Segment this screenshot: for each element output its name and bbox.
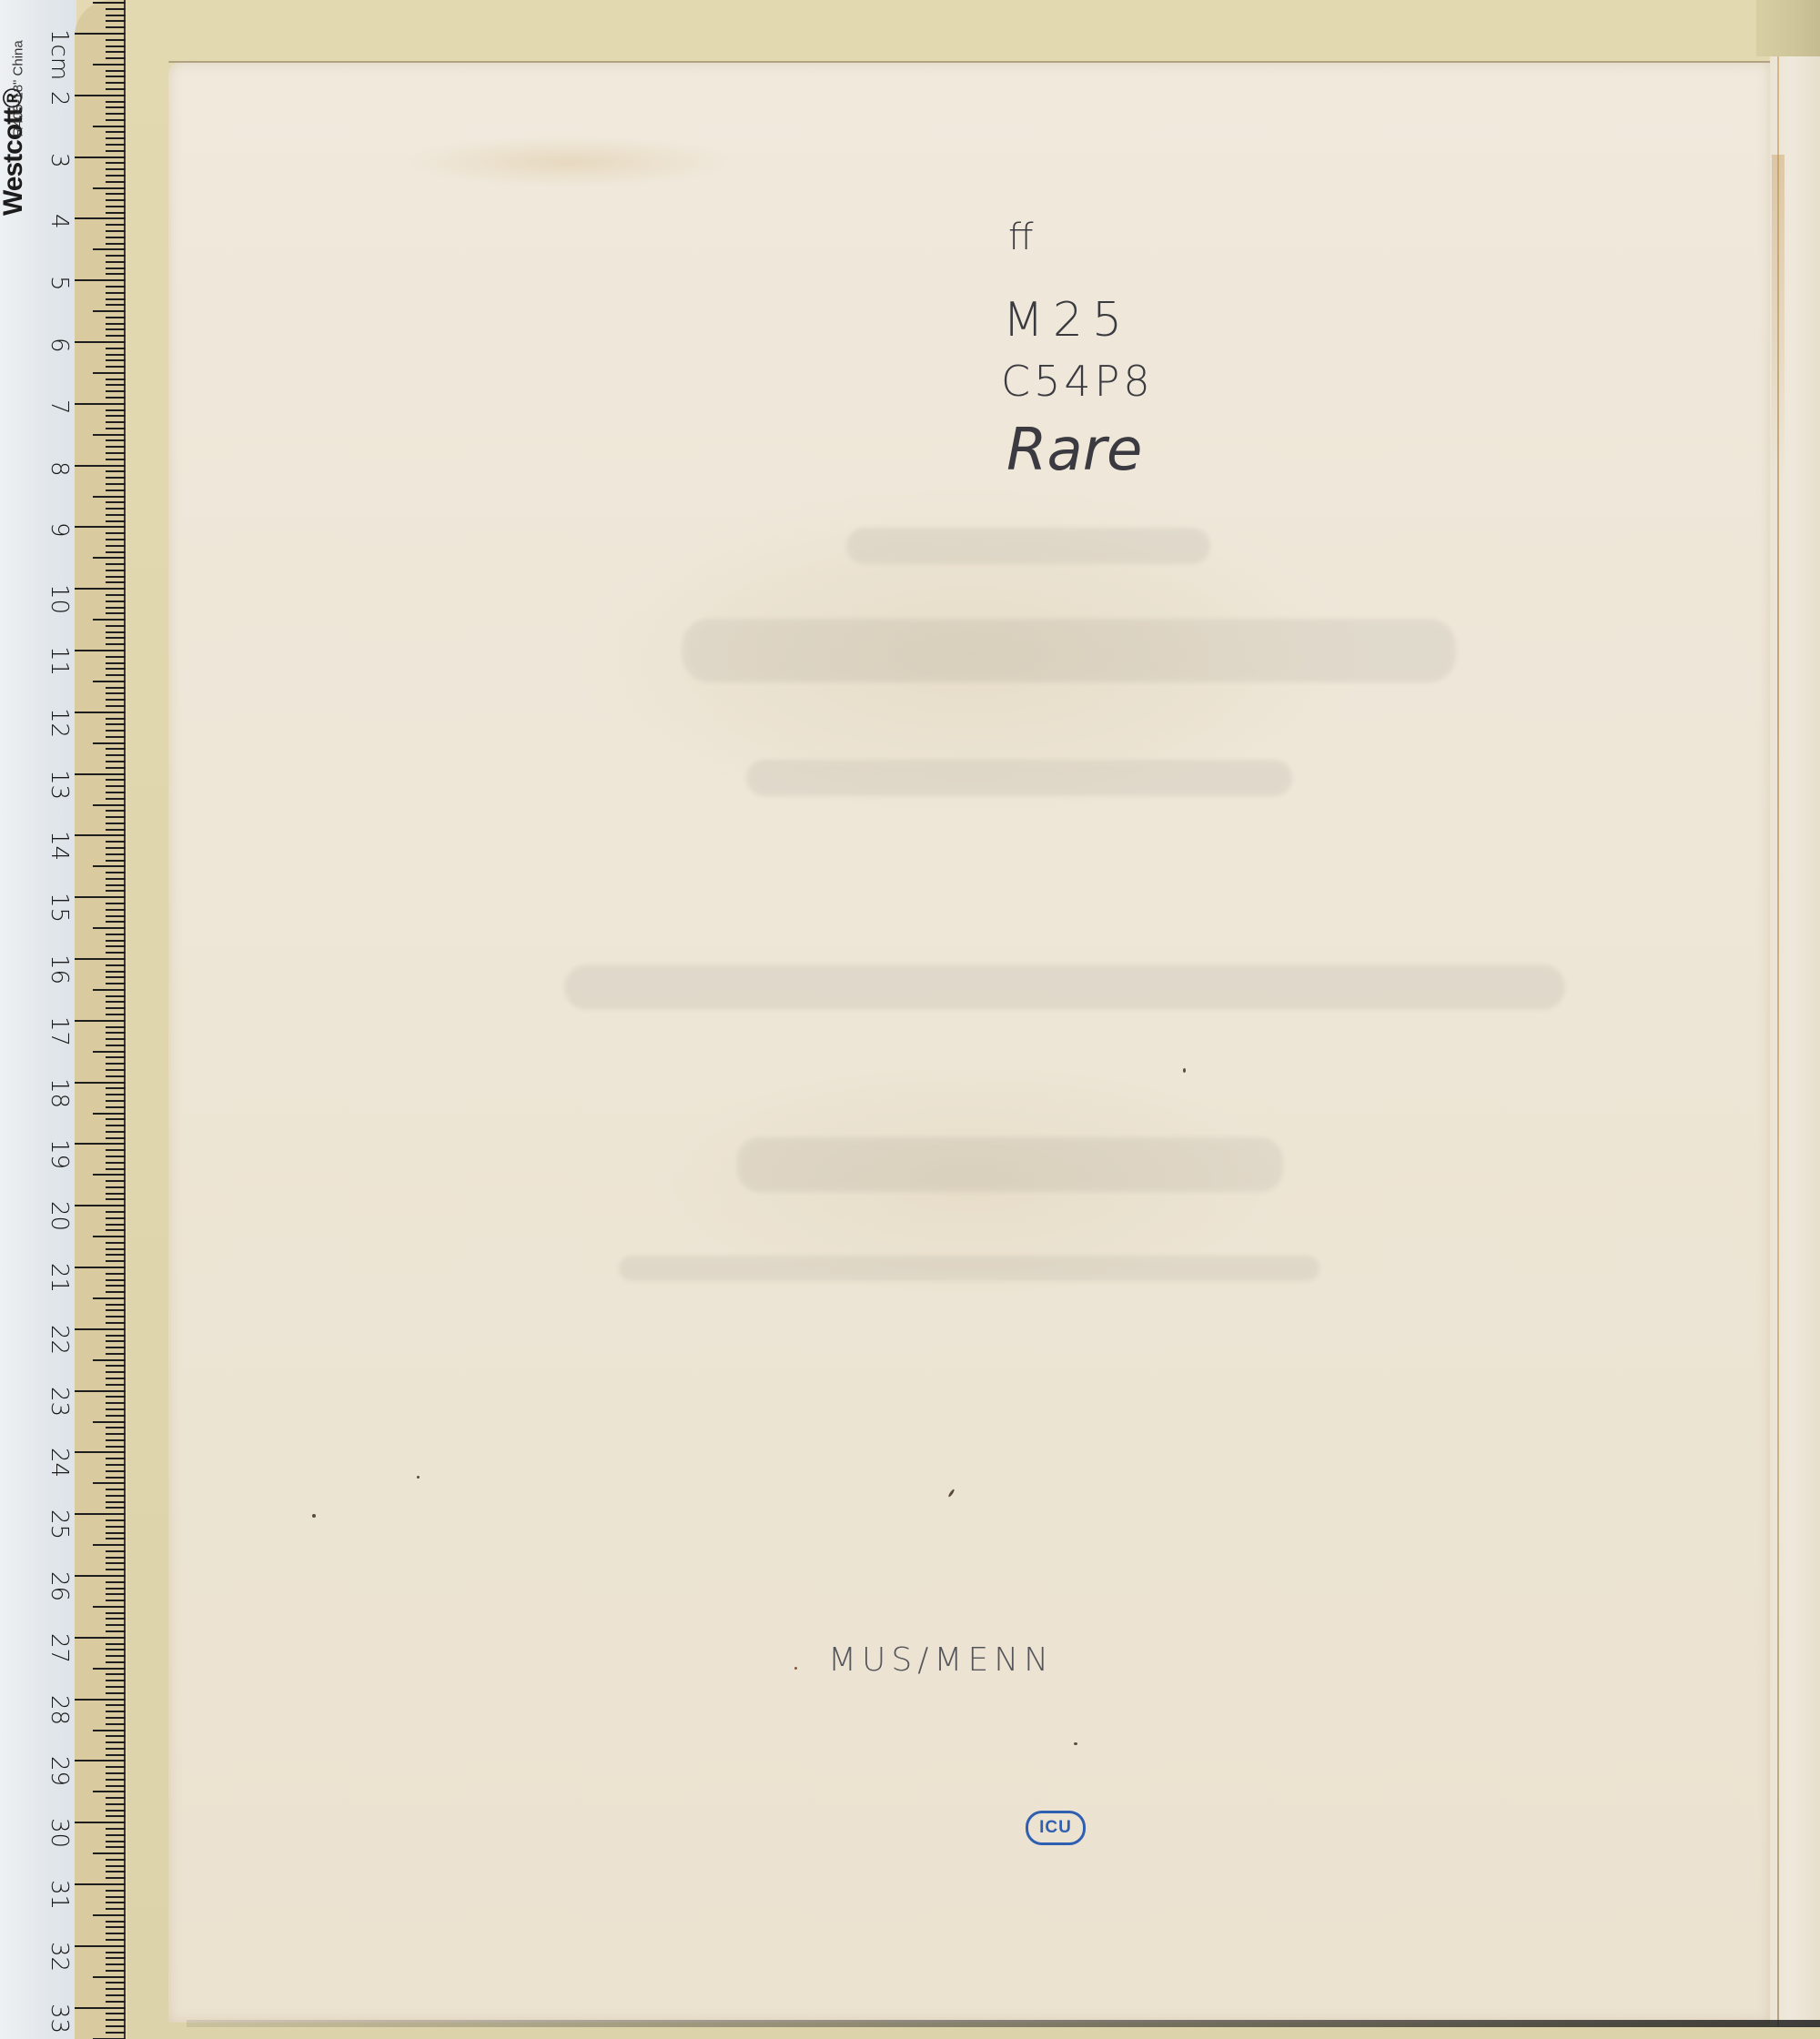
ruler-tick xyxy=(106,1926,126,1928)
ruler-tick xyxy=(106,705,126,707)
ruler-tick xyxy=(106,995,126,997)
ruler-cm-label: 3 xyxy=(45,153,73,168)
ruler-tick xyxy=(75,156,126,158)
ruler-tick xyxy=(106,748,126,750)
sheet-top-edge xyxy=(168,61,1770,63)
ruler-tick xyxy=(106,983,126,984)
ruler-tick xyxy=(75,1267,126,1268)
ruler-tick xyxy=(106,150,126,152)
ruler-cm-label: 6 xyxy=(45,338,73,353)
ruler-tick xyxy=(106,637,126,639)
ruler-tick xyxy=(106,909,126,911)
ruler-tick xyxy=(106,1224,126,1226)
ruler-tick xyxy=(106,76,126,77)
ruler-tick xyxy=(75,588,126,590)
ruler-tick xyxy=(93,804,126,806)
ruler-tick xyxy=(106,1063,126,1065)
ruler-tick xyxy=(106,1877,126,1879)
pencil-note-classmark: M25 xyxy=(1003,293,1131,348)
ruler-tick xyxy=(106,607,126,609)
ruler-tick xyxy=(106,1439,126,1441)
ruler-tick xyxy=(106,841,126,843)
ruler-tick xyxy=(75,279,126,281)
ruler-tick xyxy=(106,1779,126,1781)
ruler-cm-label: 13 xyxy=(45,770,73,800)
ruler-tick xyxy=(106,1378,126,1379)
ruler-tick xyxy=(106,1600,126,1601)
ruler-tick xyxy=(106,1785,126,1787)
ruler-tick xyxy=(106,1384,126,1386)
ruler-tick xyxy=(106,1304,126,1306)
ruler-tick xyxy=(106,206,126,207)
ruler-tick xyxy=(106,199,126,201)
ruler-tick xyxy=(106,119,126,121)
sheet-bottom-shadow xyxy=(187,2020,1820,2027)
ruler-tick xyxy=(106,390,126,392)
ruler-tick xyxy=(106,1273,126,1275)
ruler-tick xyxy=(106,539,126,540)
ruler-cm-label: 22 xyxy=(45,1325,73,1355)
ruler-tick xyxy=(106,921,126,923)
ruler-tick xyxy=(106,1137,126,1139)
ruler-tick xyxy=(106,8,126,10)
ruler-tick xyxy=(106,718,126,720)
ruler-tick xyxy=(93,927,126,929)
ruler-cm-label: 33 xyxy=(45,2004,73,2034)
ruler-tick xyxy=(106,1865,126,1867)
ruler-tick xyxy=(106,508,126,510)
ruler-tick xyxy=(93,1113,126,1115)
ruler-tick xyxy=(106,1797,126,1799)
ruler-tick xyxy=(106,563,126,565)
ruler-tick xyxy=(106,1477,126,1479)
ruler-tick xyxy=(106,446,126,448)
ruler-tick xyxy=(106,490,126,491)
ink-speck xyxy=(312,1514,316,1518)
ruler-tick xyxy=(106,1045,126,1046)
ruler-tick xyxy=(106,1630,126,1632)
ruler-tick xyxy=(106,2019,126,2021)
ruler-tick xyxy=(106,1748,126,1750)
ruler-tick xyxy=(106,576,126,578)
ruler-tick xyxy=(106,1106,126,1108)
ruler-tick xyxy=(93,1544,126,1546)
ruler-tick xyxy=(93,1791,126,1792)
ruler-tick xyxy=(93,1236,126,1237)
ruler-tick xyxy=(106,1828,126,1830)
ruler-tick xyxy=(75,33,126,35)
ruler-tick xyxy=(106,366,126,368)
ruler-tick xyxy=(106,1810,126,1812)
ruler-tick xyxy=(106,237,126,238)
pencil-note-cutter: C54P8 xyxy=(1001,357,1154,406)
paper-sheet xyxy=(168,62,1770,2023)
ruler-tick xyxy=(106,1643,126,1645)
ink-speck xyxy=(417,1476,420,1479)
ruler-tick xyxy=(106,1180,126,1182)
ruler-tick xyxy=(75,1328,126,1330)
ruler-tick xyxy=(106,26,126,28)
ruler-tick xyxy=(106,1260,126,1262)
ruler-tick xyxy=(106,952,126,954)
ruler-tick xyxy=(106,1538,126,1539)
ruler-tick xyxy=(106,1193,126,1195)
ruler-tick xyxy=(93,372,126,374)
ruler-tick xyxy=(106,101,126,103)
ruler-tick xyxy=(106,964,126,966)
ruler-tick xyxy=(106,501,126,503)
ruler-tick xyxy=(93,989,126,991)
ruler-tick xyxy=(93,1359,126,1361)
ruler-cm-label: 16 xyxy=(45,954,73,984)
ink-speck xyxy=(1183,1068,1186,1073)
ruler-tick xyxy=(106,1532,126,1534)
ruler-tick xyxy=(106,1168,126,1170)
ruler-tick xyxy=(106,1470,126,1472)
ruler-tick xyxy=(106,1766,126,1768)
ruler-tick xyxy=(106,1248,126,1250)
ruler-tick xyxy=(75,1143,126,1145)
ruler-tick xyxy=(93,126,126,127)
ruler-tick xyxy=(106,1501,126,1503)
ruler-tick xyxy=(93,1297,126,1299)
ruler-tick xyxy=(106,1131,126,1133)
ruler-tick xyxy=(93,310,126,312)
show-through-line xyxy=(746,760,1292,796)
ruler-tick xyxy=(106,1569,126,1570)
ruler-tick xyxy=(106,1735,126,1737)
ruler-tick xyxy=(93,248,126,250)
ruler-tick xyxy=(106,625,126,627)
ruler-tick xyxy=(106,2001,126,2003)
ruler-tick xyxy=(106,1094,126,1095)
ruler-cm-label: 25 xyxy=(45,1509,73,1539)
ruler-tick xyxy=(106,601,126,602)
ruler-tick xyxy=(106,1254,126,1256)
show-through-line xyxy=(846,528,1210,564)
ruler-tick xyxy=(106,397,126,399)
ruler-tick xyxy=(106,477,126,479)
ruler-cm-label: 23 xyxy=(45,1387,73,1417)
ruler-cm-label: 14 xyxy=(45,831,73,861)
ruler-tick xyxy=(106,106,126,108)
ruler-tick xyxy=(106,1593,126,1595)
ruler-tick xyxy=(106,113,126,115)
ruler-tick xyxy=(106,1038,126,1040)
ruler-tick xyxy=(106,1871,126,1872)
ruler-tick xyxy=(93,1051,126,1053)
ruler-cm-label: 27 xyxy=(45,1633,73,1663)
ruler-tick xyxy=(106,1069,126,1071)
ruler-tick xyxy=(106,1526,126,1528)
ruler-tick xyxy=(106,767,126,769)
ruler-tick xyxy=(106,872,126,873)
ruler-tick xyxy=(106,792,126,793)
ruler-tick xyxy=(106,470,126,472)
ruler-tick xyxy=(106,1988,126,1990)
ruler-tick xyxy=(106,421,126,423)
ruler-tick xyxy=(106,692,126,694)
ruler-tick xyxy=(106,175,126,177)
ruler-tick xyxy=(106,82,126,84)
ruler-tick xyxy=(106,754,126,756)
ruler-tick xyxy=(93,619,126,621)
ruler-model: R405-18" China xyxy=(11,0,26,137)
ruler-tick xyxy=(106,193,126,195)
ruler-tick xyxy=(106,915,126,917)
ruler-tick xyxy=(106,1957,126,1959)
ruler-tick xyxy=(106,1149,126,1151)
show-through-line xyxy=(737,1137,1283,1192)
ruler-tick xyxy=(106,903,126,904)
ruler-tick xyxy=(93,1976,126,1978)
ruler-tick xyxy=(106,736,126,738)
ruler-tick xyxy=(106,674,126,676)
ruler-tick xyxy=(106,810,126,812)
ruler-tick xyxy=(93,496,126,498)
ruler-tick xyxy=(106,15,126,16)
ruler-tick xyxy=(93,64,126,66)
ruler-tick xyxy=(106,514,126,516)
ruler-cm-label: 19 xyxy=(45,1139,73,1169)
ruler-tick xyxy=(106,1353,126,1355)
ruler-tick xyxy=(106,1316,126,1317)
ruler-tick xyxy=(75,834,126,836)
ruler-tick xyxy=(106,1902,126,1903)
ruler-tick xyxy=(106,1952,126,1953)
ruler-tick xyxy=(106,662,126,664)
ruler-tick xyxy=(75,1451,126,1453)
ruler-tick xyxy=(106,267,126,269)
ruler-tick xyxy=(106,1717,126,1719)
ruler-tick xyxy=(106,1340,126,1342)
ruler-tick xyxy=(106,699,126,701)
ruler-tick xyxy=(106,551,126,553)
ruler-tick xyxy=(106,779,126,781)
ruler-tick xyxy=(106,971,126,973)
ruler-tick xyxy=(106,1933,126,1934)
ruler-tick xyxy=(106,581,126,583)
ruler-tick xyxy=(93,1914,126,1916)
ruler-cm-label: 20 xyxy=(45,1201,73,1231)
ruler-tick xyxy=(106,1489,126,1490)
ruler-tick xyxy=(106,286,126,288)
ruler-tick xyxy=(75,958,126,960)
ruler-tick xyxy=(106,1427,126,1428)
ruler-tick xyxy=(106,354,126,356)
ruler-tick xyxy=(75,1020,126,1022)
ruler-tick xyxy=(106,212,126,214)
ruler-tick xyxy=(106,612,126,614)
ruler-tick xyxy=(106,1495,126,1497)
ruler-tick xyxy=(106,70,126,72)
ruler-cm-label: 5 xyxy=(45,276,73,291)
ruler-tick xyxy=(106,847,126,849)
pencil-note-ff: ff xyxy=(1008,217,1034,258)
ruler-cm-label: 11 xyxy=(45,646,73,676)
ruler-tick xyxy=(106,379,126,380)
ruler-tick xyxy=(106,1815,126,1817)
ruler-tick xyxy=(106,1309,126,1311)
ruler-tick xyxy=(93,1174,126,1176)
ruler-cm-label: 31 xyxy=(45,1880,73,1910)
ruler-tick xyxy=(106,1655,126,1657)
ruler-tick xyxy=(106,730,126,732)
pencil-shelfmark: MUS/MENN xyxy=(828,1641,1054,1679)
ruler-tick xyxy=(75,465,126,467)
ruler-tick xyxy=(93,187,126,189)
ruler-tick xyxy=(106,1458,126,1459)
ruler-tick xyxy=(106,273,126,275)
ruler-tick xyxy=(106,483,126,485)
ruler-tick xyxy=(75,1390,126,1392)
pencil-note-rare: Rare xyxy=(1006,417,1142,484)
ruler-tick xyxy=(106,1581,126,1583)
ruler-tick xyxy=(106,1007,126,1009)
ruler-tick xyxy=(106,162,126,164)
library-stamp: ICU xyxy=(1026,1811,1086,1845)
ruler-cm-label: 24 xyxy=(45,1448,73,1478)
ruler-tick xyxy=(106,255,126,257)
ruler-tick xyxy=(106,1415,126,1417)
ruler-tick xyxy=(106,1291,126,1293)
ruler-cm-label: 21 xyxy=(45,1263,73,1293)
ruler-tick xyxy=(106,723,126,725)
ruler-tick xyxy=(106,1125,126,1126)
ruler-tick xyxy=(106,452,126,454)
ruler-tick xyxy=(106,594,126,596)
ruler-tick xyxy=(106,1001,126,1003)
ruler-tick xyxy=(106,1772,126,1774)
ruler-tick xyxy=(106,945,126,947)
ruler-tick xyxy=(106,1433,126,1435)
ruler-tick xyxy=(106,853,126,855)
ruler-tick xyxy=(106,428,126,429)
ruler-tick xyxy=(106,137,126,139)
ruler-tick xyxy=(106,1118,126,1120)
ruler-tick xyxy=(106,1562,126,1564)
ruler-tick xyxy=(75,1945,126,1947)
ruler-tick xyxy=(106,1032,126,1034)
ruler-tick xyxy=(106,1890,126,1892)
ruler-cm-label: 17 xyxy=(45,1016,73,1046)
ruler-cm-label: 7 xyxy=(45,399,73,415)
ruler-tick xyxy=(93,2,126,4)
ruler-tick xyxy=(106,520,126,522)
ruler-tick xyxy=(106,1921,126,1923)
ruler-tick xyxy=(106,384,126,386)
ruler-tick xyxy=(106,878,126,880)
ruler-tick xyxy=(106,144,126,146)
ruler-tick xyxy=(106,328,126,330)
ruler-tick xyxy=(106,1211,126,1213)
ruler-tick xyxy=(106,168,126,170)
ruler-tick xyxy=(106,243,126,245)
ruler-tick xyxy=(75,95,126,96)
ruler-tick xyxy=(106,1711,126,1712)
ruler-tick xyxy=(106,1396,126,1398)
ruler-cm-label: 12 xyxy=(45,708,73,738)
ruler-tick xyxy=(106,643,126,645)
ruler-tick xyxy=(106,631,126,633)
ruler-tick xyxy=(75,773,126,775)
ruler-tick xyxy=(106,409,126,411)
ruler-tick xyxy=(106,1335,126,1337)
ruler-tick xyxy=(106,1014,126,1015)
ruler-tick xyxy=(106,1162,126,1164)
ruler-tick xyxy=(106,940,126,942)
ruler-tick xyxy=(106,1371,126,1373)
ruler-tick xyxy=(106,1834,126,1836)
ruler-tick xyxy=(106,323,126,325)
show-through-line xyxy=(619,1256,1319,1281)
ruler-tick xyxy=(106,1285,126,1287)
ruler-tick xyxy=(106,1841,126,1842)
ruler-cm-label: 10 xyxy=(45,584,73,614)
ruler-tick xyxy=(75,1883,126,1885)
ruler-tick xyxy=(106,1229,126,1231)
ruler-tick xyxy=(106,1056,126,1058)
ruler-tick xyxy=(106,1859,126,1861)
ruler-tick xyxy=(106,829,126,831)
ruler-tick xyxy=(106,1156,126,1157)
ruler-tick xyxy=(106,1519,126,1521)
ruler-tick xyxy=(93,742,126,744)
ruler-tick xyxy=(75,1637,126,1639)
ruler-tick xyxy=(106,1075,126,1077)
ruler-tick xyxy=(106,181,126,183)
ruler-tick xyxy=(106,1100,126,1102)
ruler-tick xyxy=(106,1464,126,1466)
ruler-tick xyxy=(106,131,126,133)
ruler-cm-label: 15 xyxy=(45,893,73,923)
ruler-tick xyxy=(106,1741,126,1743)
ruler-cm-label: 4 xyxy=(45,214,73,229)
ruler-tick xyxy=(106,890,126,892)
ruler-tick xyxy=(106,1347,126,1348)
ruler-tick xyxy=(106,1723,126,1725)
ruler-tick xyxy=(106,1970,126,1972)
ruler-tick xyxy=(75,1575,126,1577)
ruler-tick xyxy=(106,335,126,337)
ruler-tick xyxy=(75,1513,126,1515)
ruler-tick xyxy=(106,668,126,670)
ruler-tick xyxy=(106,51,126,53)
ruler-tick xyxy=(75,403,126,405)
ruler-tick xyxy=(106,1087,126,1089)
ruler-tick xyxy=(106,1612,126,1614)
ruler-tick xyxy=(106,1754,126,1756)
ruler-tick xyxy=(106,261,126,263)
ruler-tick xyxy=(106,1507,126,1509)
ruler-tick xyxy=(106,884,126,886)
ruler-tick xyxy=(106,545,126,547)
ruler-tick xyxy=(75,2007,126,2009)
ruler-tick xyxy=(106,1618,126,1620)
ink-speck xyxy=(794,1667,797,1670)
ruler-tick xyxy=(106,348,126,349)
ruler-tick xyxy=(106,1026,126,1028)
ruler-tick xyxy=(106,976,126,978)
ruler-tick xyxy=(106,823,126,824)
ruler-tick xyxy=(106,1896,126,1898)
ruler-tick xyxy=(106,1649,126,1650)
ruler-tick xyxy=(106,39,126,41)
ruler-tick xyxy=(93,1421,126,1423)
ruler-tick xyxy=(106,1982,126,1983)
ruler-tick xyxy=(106,1994,126,1996)
ruler-tick xyxy=(75,217,126,219)
